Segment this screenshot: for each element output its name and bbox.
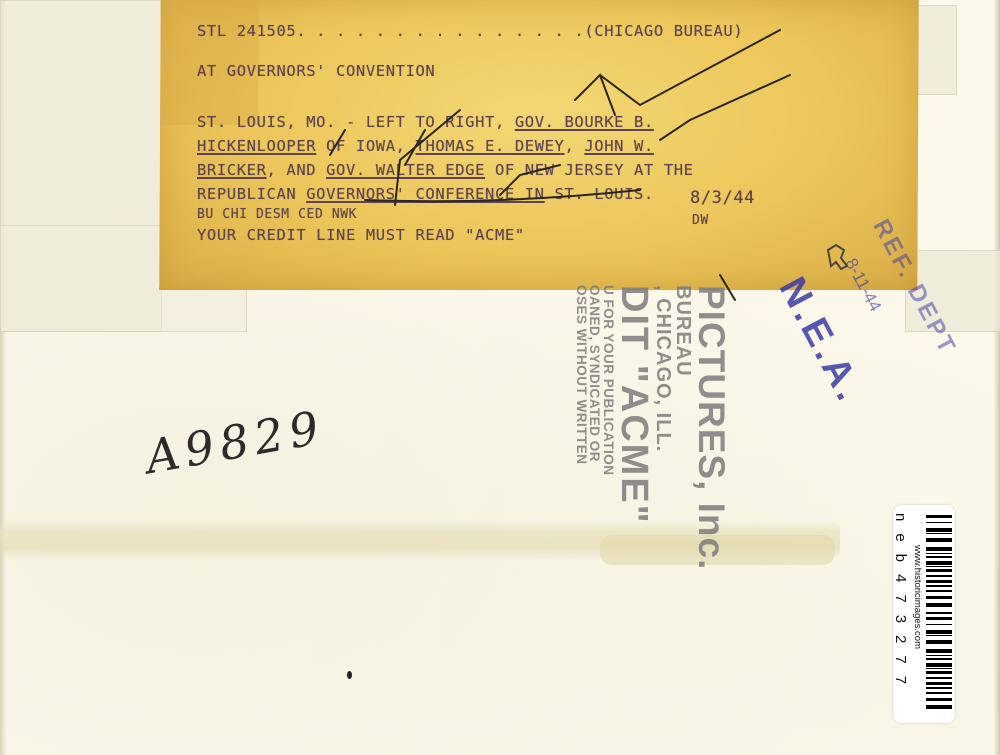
acme-stamp-line: , CHICAGO, ILL. (653, 285, 673, 570)
caption-headline: AT GOVERNORS' CONVENTION (197, 62, 435, 80)
caption-id: STL 241505. (197, 22, 306, 40)
caption-line-3: BRICKER, AND GOV. WALTER EDGE OF NEW JER… (197, 161, 694, 179)
caption-line-1: ST. LOUIS, MO. - LEFT TO RIGHT, GOV. BOU… (197, 113, 654, 131)
barcode-url: www.historicimages.com (912, 545, 923, 649)
caption-bureau: (CHICAGO BUREAU) (584, 22, 743, 40)
caption-date: 8/3/44 (690, 188, 755, 208)
caption-initials: DW (692, 213, 709, 228)
caption-text: OF NEW JERSEY AT THE (485, 161, 694, 179)
caption-name-underlined: GOV. WALTER EDGE (326, 161, 485, 179)
caption-line-2: HICKENLOOPER OF IOWA, THOMAS E. DEWEY, J… (197, 137, 654, 155)
acme-stamp-line: OANED, SYNDICATED OR (588, 285, 602, 570)
caption-name-underlined: GOV. BOURKE B. (515, 113, 654, 131)
caption-text: OF IOWA, (316, 137, 415, 155)
caption-name-underlined: JOHN W. (584, 137, 654, 155)
caption-header: STL 241505. . . . . . . . . . . . . . .(… (197, 22, 743, 40)
barcode-code: neb473277 (892, 513, 909, 696)
caption-line-4: REPUBLICAN GOVERNORS' CONFERENCE IN ST. … (197, 185, 654, 203)
acme-stamp-line: PICTURES, Inc. (693, 285, 730, 570)
ink-dot (347, 671, 352, 679)
caption-distribution: BU CHI DESM CED NWK (197, 207, 357, 222)
acme-stamp-line: OSES WITHOUT WRITTEN (575, 285, 589, 570)
caption-text: ST. LOUIS, MO. - LEFT TO RIGHT, (197, 113, 515, 131)
caption-credit-line: YOUR CREDIT LINE MUST READ "ACME" (197, 226, 525, 244)
caption-text: REPUBLICAN (197, 185, 306, 203)
acme-stamp-line: DIT "ACME" (615, 285, 653, 570)
acme-stamp-line: BUREAU (673, 285, 693, 570)
caption-name-underlined: BRICKER (197, 161, 267, 179)
barcode-label: neb473277 www.historicimages.com (893, 505, 955, 723)
acme-rubber-stamp: PICTURES, Inc. BUREAU , CHICAGO, ILL. DI… (575, 285, 731, 570)
caption-name-underlined: GOVERNORS' CONFERENCE IN (306, 185, 544, 203)
caption-name-underlined: THOMAS E. DEWEY (416, 137, 565, 155)
caption-text: , (565, 137, 585, 155)
caption-dots: . . . . . . . . . . . . . . (306, 22, 584, 40)
caption-text: , AND (267, 161, 327, 179)
acme-stamp-line: U FOR YOUR PUBLICATION (602, 285, 616, 570)
caption-name-underlined: HICKENLOOPER (197, 137, 316, 155)
paper-edge-right (994, 0, 1000, 755)
caption-text: ST. LOUIS. (545, 185, 654, 203)
barcode-icon (926, 515, 952, 713)
